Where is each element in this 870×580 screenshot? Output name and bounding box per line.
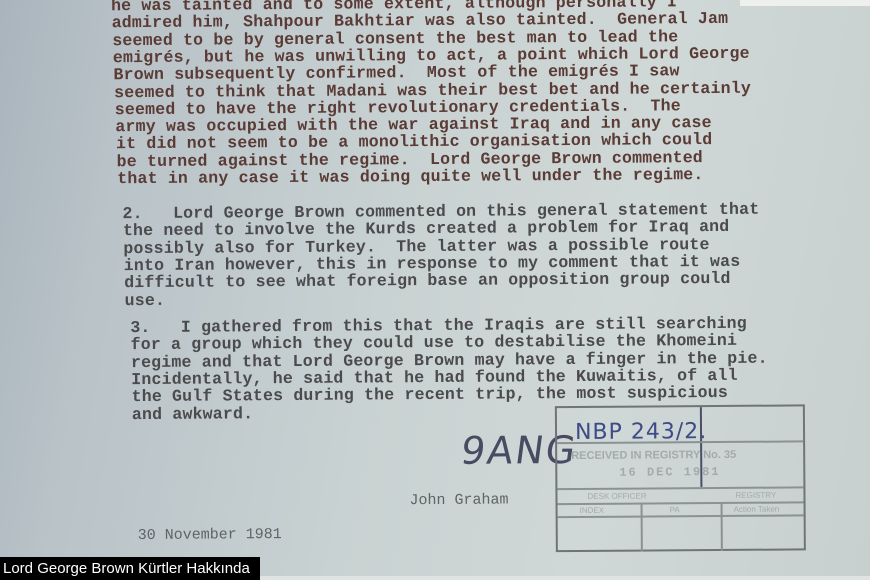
signatory-name: John Graham	[409, 491, 508, 509]
stamp-col-label: INDEX	[580, 506, 605, 515]
text-line: that in any case it was doing quite well…	[117, 166, 703, 188]
stamp-received-text: RECEIVED IN REGISTRY No. 35	[571, 449, 736, 462]
stamp-row-label: DESK OFFICER	[587, 491, 646, 500]
text-line: and awkward.	[132, 405, 253, 424]
text-line: use.	[125, 291, 166, 309]
stamp-column-divider	[721, 502, 723, 551]
stamp-divider	[558, 514, 804, 517]
typewritten-document: he was tainted and to some extent, altho…	[0, 0, 870, 580]
stamp-col-label: Action Taken	[734, 505, 780, 514]
registry-stamp: NBP 243/2. RECEIVED IN REGISTRY No. 35 1…	[555, 404, 806, 552]
stamp-col-label: PA	[670, 505, 680, 514]
text-line: difficult to see what foreign base an op…	[124, 270, 731, 292]
document-date: 30 November 1981	[138, 526, 282, 544]
text-line: the Gulf States during the recent trip, …	[132, 384, 728, 406]
image-caption: Lord George Brown Kürtler Hakkında	[0, 557, 260, 580]
stamp-divider	[557, 486, 803, 489]
stamp-column-divider	[641, 503, 643, 552]
stamp-received-date: 16 DEC 1981	[619, 465, 720, 480]
stamp-row-label: REGISTRY	[735, 491, 776, 500]
